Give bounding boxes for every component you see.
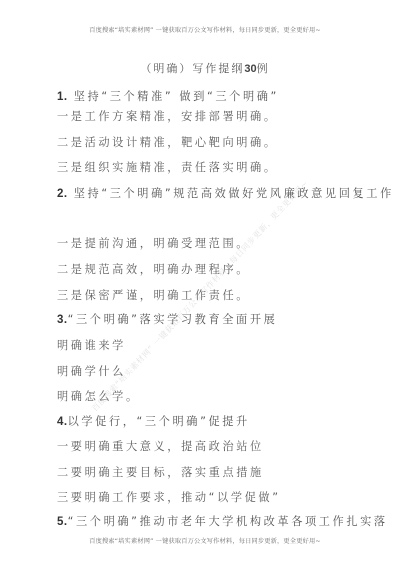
section-heading-text: 坚持“三个明确”规范高效做好党风廉政意见回复工作 [74,187,394,200]
document-title: （明确）写作提纲30例 [0,60,410,76]
section-heading-1: 1. 坚持“三个精准” 做到“三个明确” [57,90,279,104]
section-heading-text: “三个明确”推动市老年大学机构改革各项工作扎实落 [68,515,388,528]
list-item: 三要明确工作要求，推动“以学促做” [57,491,281,505]
list-item: 明确怎么学。 [57,390,140,404]
list-item: 三是组织实施精准，责任落实明确。 [57,161,278,175]
footer-promo-note: 百度搜索“培实素材网” 一键获取百万公文写作材料，每日同步更新，更全更好用~ [0,536,410,545]
title-suffix: 例 [257,62,270,75]
section-number: 1. [57,91,68,103]
section-heading-text: 以学促行，“三个明确”促提升 [68,415,250,428]
title-prefix: （明确）写作提纲 [140,62,244,75]
section-heading-text: “三个明确”落实学习教育全面开展 [68,313,278,326]
list-item: 二是规范高效，明确办理程序。 [57,263,250,277]
list-item: 明确谁来学 [57,339,126,353]
section-heading-5: 5.“三个明确”推动市老年大学机构改革各项工作扎实落 [57,515,388,529]
section-heading-2: 2. 坚持“三个明确”规范高效做好党风廉政意见回复工作 [57,187,394,201]
section-number: 2. [57,188,68,200]
list-item: 三是保密严谨，明确工作责任。 [57,289,250,303]
list-item: 二是活动设计精准，靶心靶向明确。 [57,136,278,150]
list-item: 二要明确主要目标，落实重点措施 [57,466,264,480]
title-count: 30 [244,63,256,75]
header-promo-note: 百度搜索“培实素材网” 一键获取百万公文写作材料，每日同步更新，更全更好用~ [0,25,410,34]
document-page: 百度搜索“培实素材网” 一键获取百万公文写作材料，每日同步更新，更全更好用~ （… [0,0,410,580]
list-item: 明确学什么 [57,365,126,379]
section-number: 4. [57,416,68,428]
section-number: 3. [57,314,68,326]
section-heading-4: 4.以学促行，“三个明确”促提升 [57,415,250,429]
list-item: 一要明确重大意义，提高政治站位 [57,440,264,454]
list-item: 一是工作方案精准，安排部署明确。 [57,110,278,124]
section-heading-3: 3.“三个明确”落实学习教育全面开展 [57,313,277,327]
section-number: 5. [57,516,68,528]
list-item: 一是提前沟通，明确受理范围。 [57,237,250,251]
section-heading-text: 坚持“三个精准” 做到“三个明确” [74,90,279,103]
